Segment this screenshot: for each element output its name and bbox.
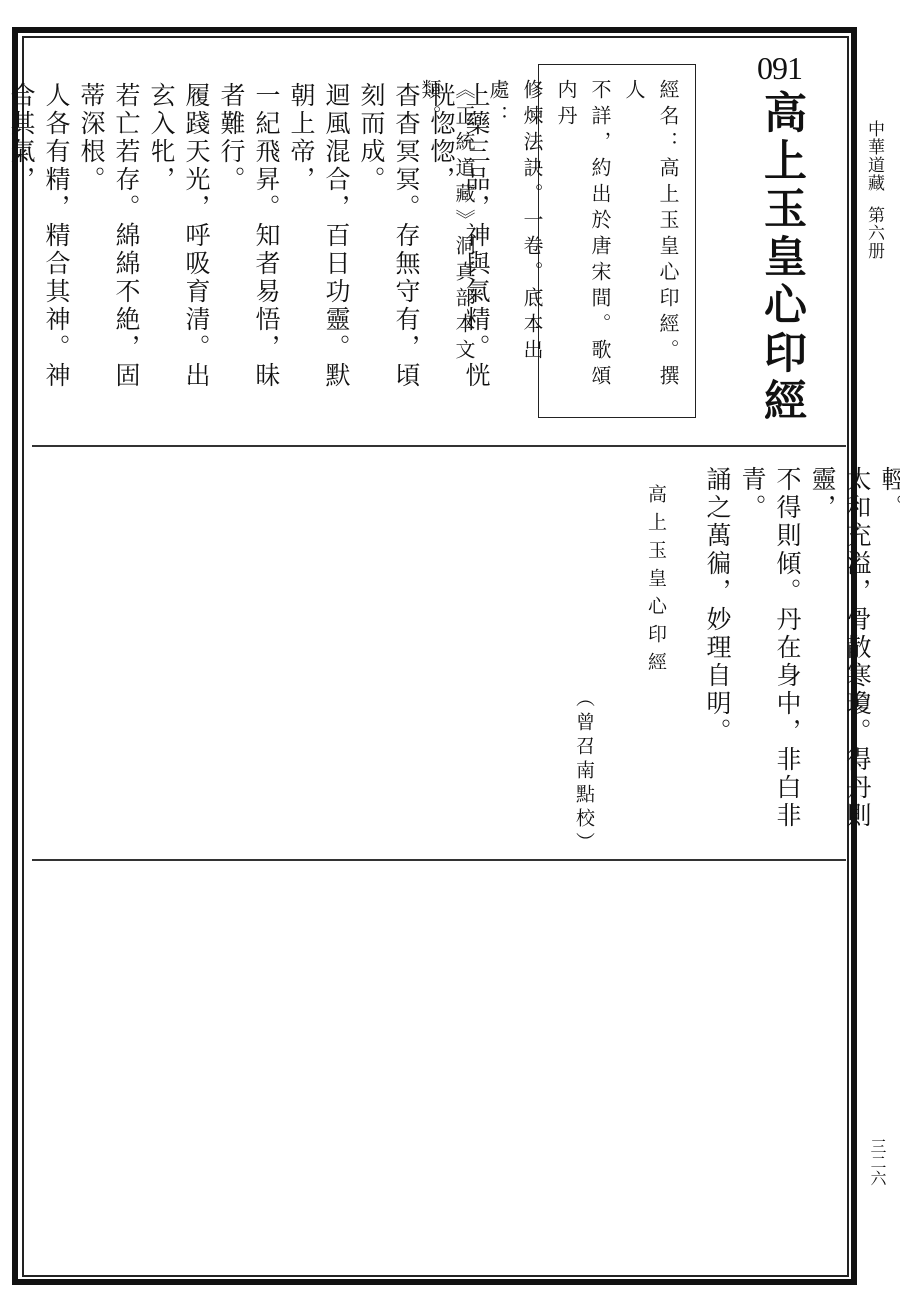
scripture-continued-text: 照耀金庭。一得永得，自然身輕。 太和充溢，骨散寒瓊。得丹則靈， 不得則傾。丹在身… xyxy=(700,466,900,846)
scripture-main-text: 上藥三品，神與氣精。恍恍惚惚， 杳杳冥冥。存無守有，頃刻而成。 迴風混合，百日功… xyxy=(0,82,494,412)
text-column: 不得則傾。丹在身中，非白非青。 xyxy=(735,466,805,846)
running-head: 中華道藏第六册 xyxy=(862,120,887,260)
section-divider-top xyxy=(32,445,846,447)
text-column: 太和充溢，骨散寒瓊。得丹則靈， xyxy=(805,466,875,846)
info-line: 經名：高上玉皇心印經。撰人 xyxy=(617,79,685,409)
collection-name: 中華道藏 xyxy=(862,120,887,192)
text-column: 履踐天光，呼吸育清。出玄入牝， xyxy=(144,82,214,412)
document-title: 高上玉皇心印經 xyxy=(752,90,813,426)
text-column: 若亡若存。綿綿不絶，固蒂深根。 xyxy=(74,82,144,412)
page-number: 三二六 xyxy=(866,1138,889,1186)
document-number: 091 xyxy=(757,50,802,87)
text-column: 氣合其真。不得其真，皆是强名。 xyxy=(0,82,4,412)
text-column: 人各有精，精合其神。神合其氣， xyxy=(4,82,74,412)
colophon-title: 高上玉皇心印經 xyxy=(643,484,670,680)
colophon-editor-note: （曾召南點校） xyxy=(571,688,598,856)
section-divider-bottom xyxy=(32,859,846,861)
text-column: 照耀金庭。一得永得，自然身輕。 xyxy=(875,466,900,846)
text-column: 上藥三品，神與氣精。恍恍惚惚， xyxy=(424,82,494,412)
text-column: 一紀飛昇。知者易悟，昧者難行。 xyxy=(214,82,284,412)
info-line: 不詳，約出於唐宋間。歌頌内丹 xyxy=(549,79,617,409)
text-column: 杳杳冥冥。存無守有，頃刻而成。 xyxy=(354,82,424,412)
volume-label: 第六册 xyxy=(862,206,887,260)
text-column: 迴風混合，百日功靈。默朝上帝， xyxy=(284,82,354,412)
scripture-info-box: 經名：高上玉皇心印經。撰人 不詳，約出於唐宋間。歌頌内丹 修煉法訣。一卷。底本出… xyxy=(538,64,696,418)
text-column: 誦之萬徧，妙理自明。 xyxy=(700,466,735,846)
